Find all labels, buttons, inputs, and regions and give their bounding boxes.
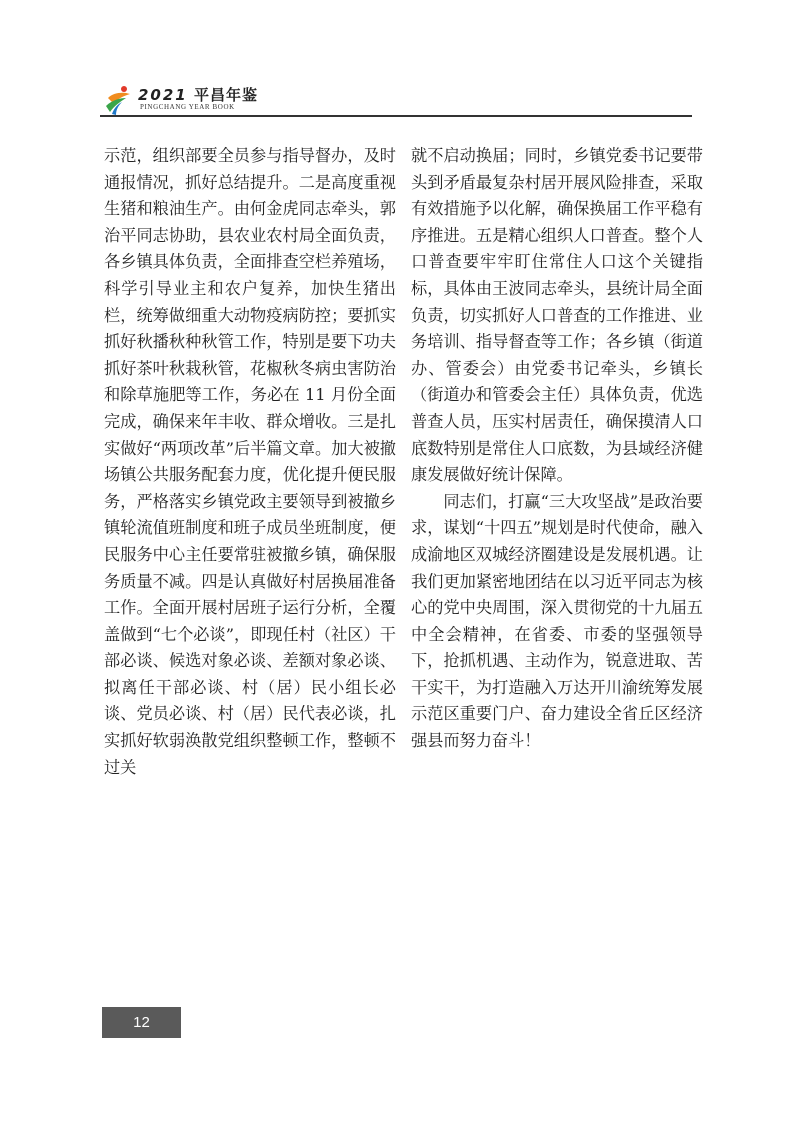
yearbook-title: 2021 平昌年鉴 (138, 84, 258, 105)
header-divider (100, 115, 692, 117)
yearbook-year: 2021 (138, 86, 188, 104)
right-column: 就不启动换届；同时，乡镇党委书记要带头到矛盾最复杂村居开展风险排查，采取有效措施… (411, 143, 703, 755)
yearbook-subtitle: PINGCHANG YEAR BOOK (140, 103, 235, 111)
page-number-badge: 12 (102, 1007, 181, 1038)
page-number: 12 (133, 1014, 150, 1031)
yearbook-name: 平昌年鉴 (194, 86, 258, 104)
running-header: 2021 平昌年鉴 PINGCHANG YEAR BOOK (100, 80, 692, 118)
pingchang-logo-icon (102, 84, 134, 116)
paragraph: 就不启动换届；同时，乡镇党委书记要带头到矛盾最复杂村居开展风险排查，采取有效措施… (411, 143, 703, 489)
paragraph: 示范，组织部要全员参与指导督办，及时通报情况，抓好总结提升。二是高度重视生猪和粮… (104, 143, 396, 781)
paragraph: 同志们，打赢“三大攻坚战”是政治要求，谋划“十四五”规划是时代使命，融入成渝地区… (411, 489, 703, 755)
left-column: 示范，组织部要全员参与指导督办，及时通报情况，抓好总结提升。二是高度重视生猪和粮… (104, 143, 396, 781)
